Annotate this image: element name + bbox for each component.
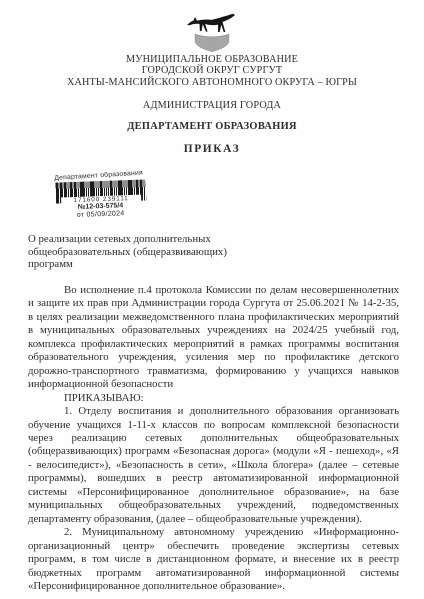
doc-subject: О реализации сетевых дополнительных обще… xyxy=(28,233,274,271)
registration-stamp: Департамент образования 171600 239111 №1… xyxy=(54,170,152,219)
org-name-line-1: МУНИЦИПАЛЬНОЕ ОБРАЗОВАНИЕ xyxy=(0,54,424,65)
order-item-2: 2. Муниципальному автономному учреждению… xyxy=(28,526,399,593)
surgut-coat-of-arms xyxy=(0,13,424,53)
org-name-block: МУНИЦИПАЛЬНОЕ ОБРАЗОВАНИЕ ГОРОДСКОЙ ОКРУ… xyxy=(0,54,424,88)
decree-word: ПРИКАЗЫВАЮ: xyxy=(28,392,399,405)
shield-icon xyxy=(192,32,232,53)
document-page: МУНИЦИПАЛЬНОЕ ОБРАЗОВАНИЕ ГОРОДСКОЙ ОКРУ… xyxy=(0,0,424,599)
org-name-line-2: ГОРОДСКОЙ ОКРУГ СУРГУТ xyxy=(0,65,424,76)
org-name-line-3: ХАНТЫ-МАНСИЙСКОГО АВТОНОМНОГО ОКРУГА – Ю… xyxy=(0,77,424,88)
doc-type-title: ПРИКАЗ xyxy=(0,143,424,155)
fox-icon xyxy=(186,13,238,34)
doc-body: Во исполнение п.4 протокола Комиссии по … xyxy=(28,284,399,593)
department-line: ДЕПАРТАМЕНТ ОБРАЗОВАНИЯ xyxy=(0,121,424,132)
order-item-1: 1. Отделу воспитания и дополнительного о… xyxy=(28,405,399,526)
barcode: 171600 239111 xyxy=(56,180,147,204)
intro-paragraph: Во исполнение п.4 протокола Комиссии по … xyxy=(28,284,399,392)
administration-line: АДМИНИСТРАЦИЯ ГОРОДА xyxy=(0,100,424,111)
